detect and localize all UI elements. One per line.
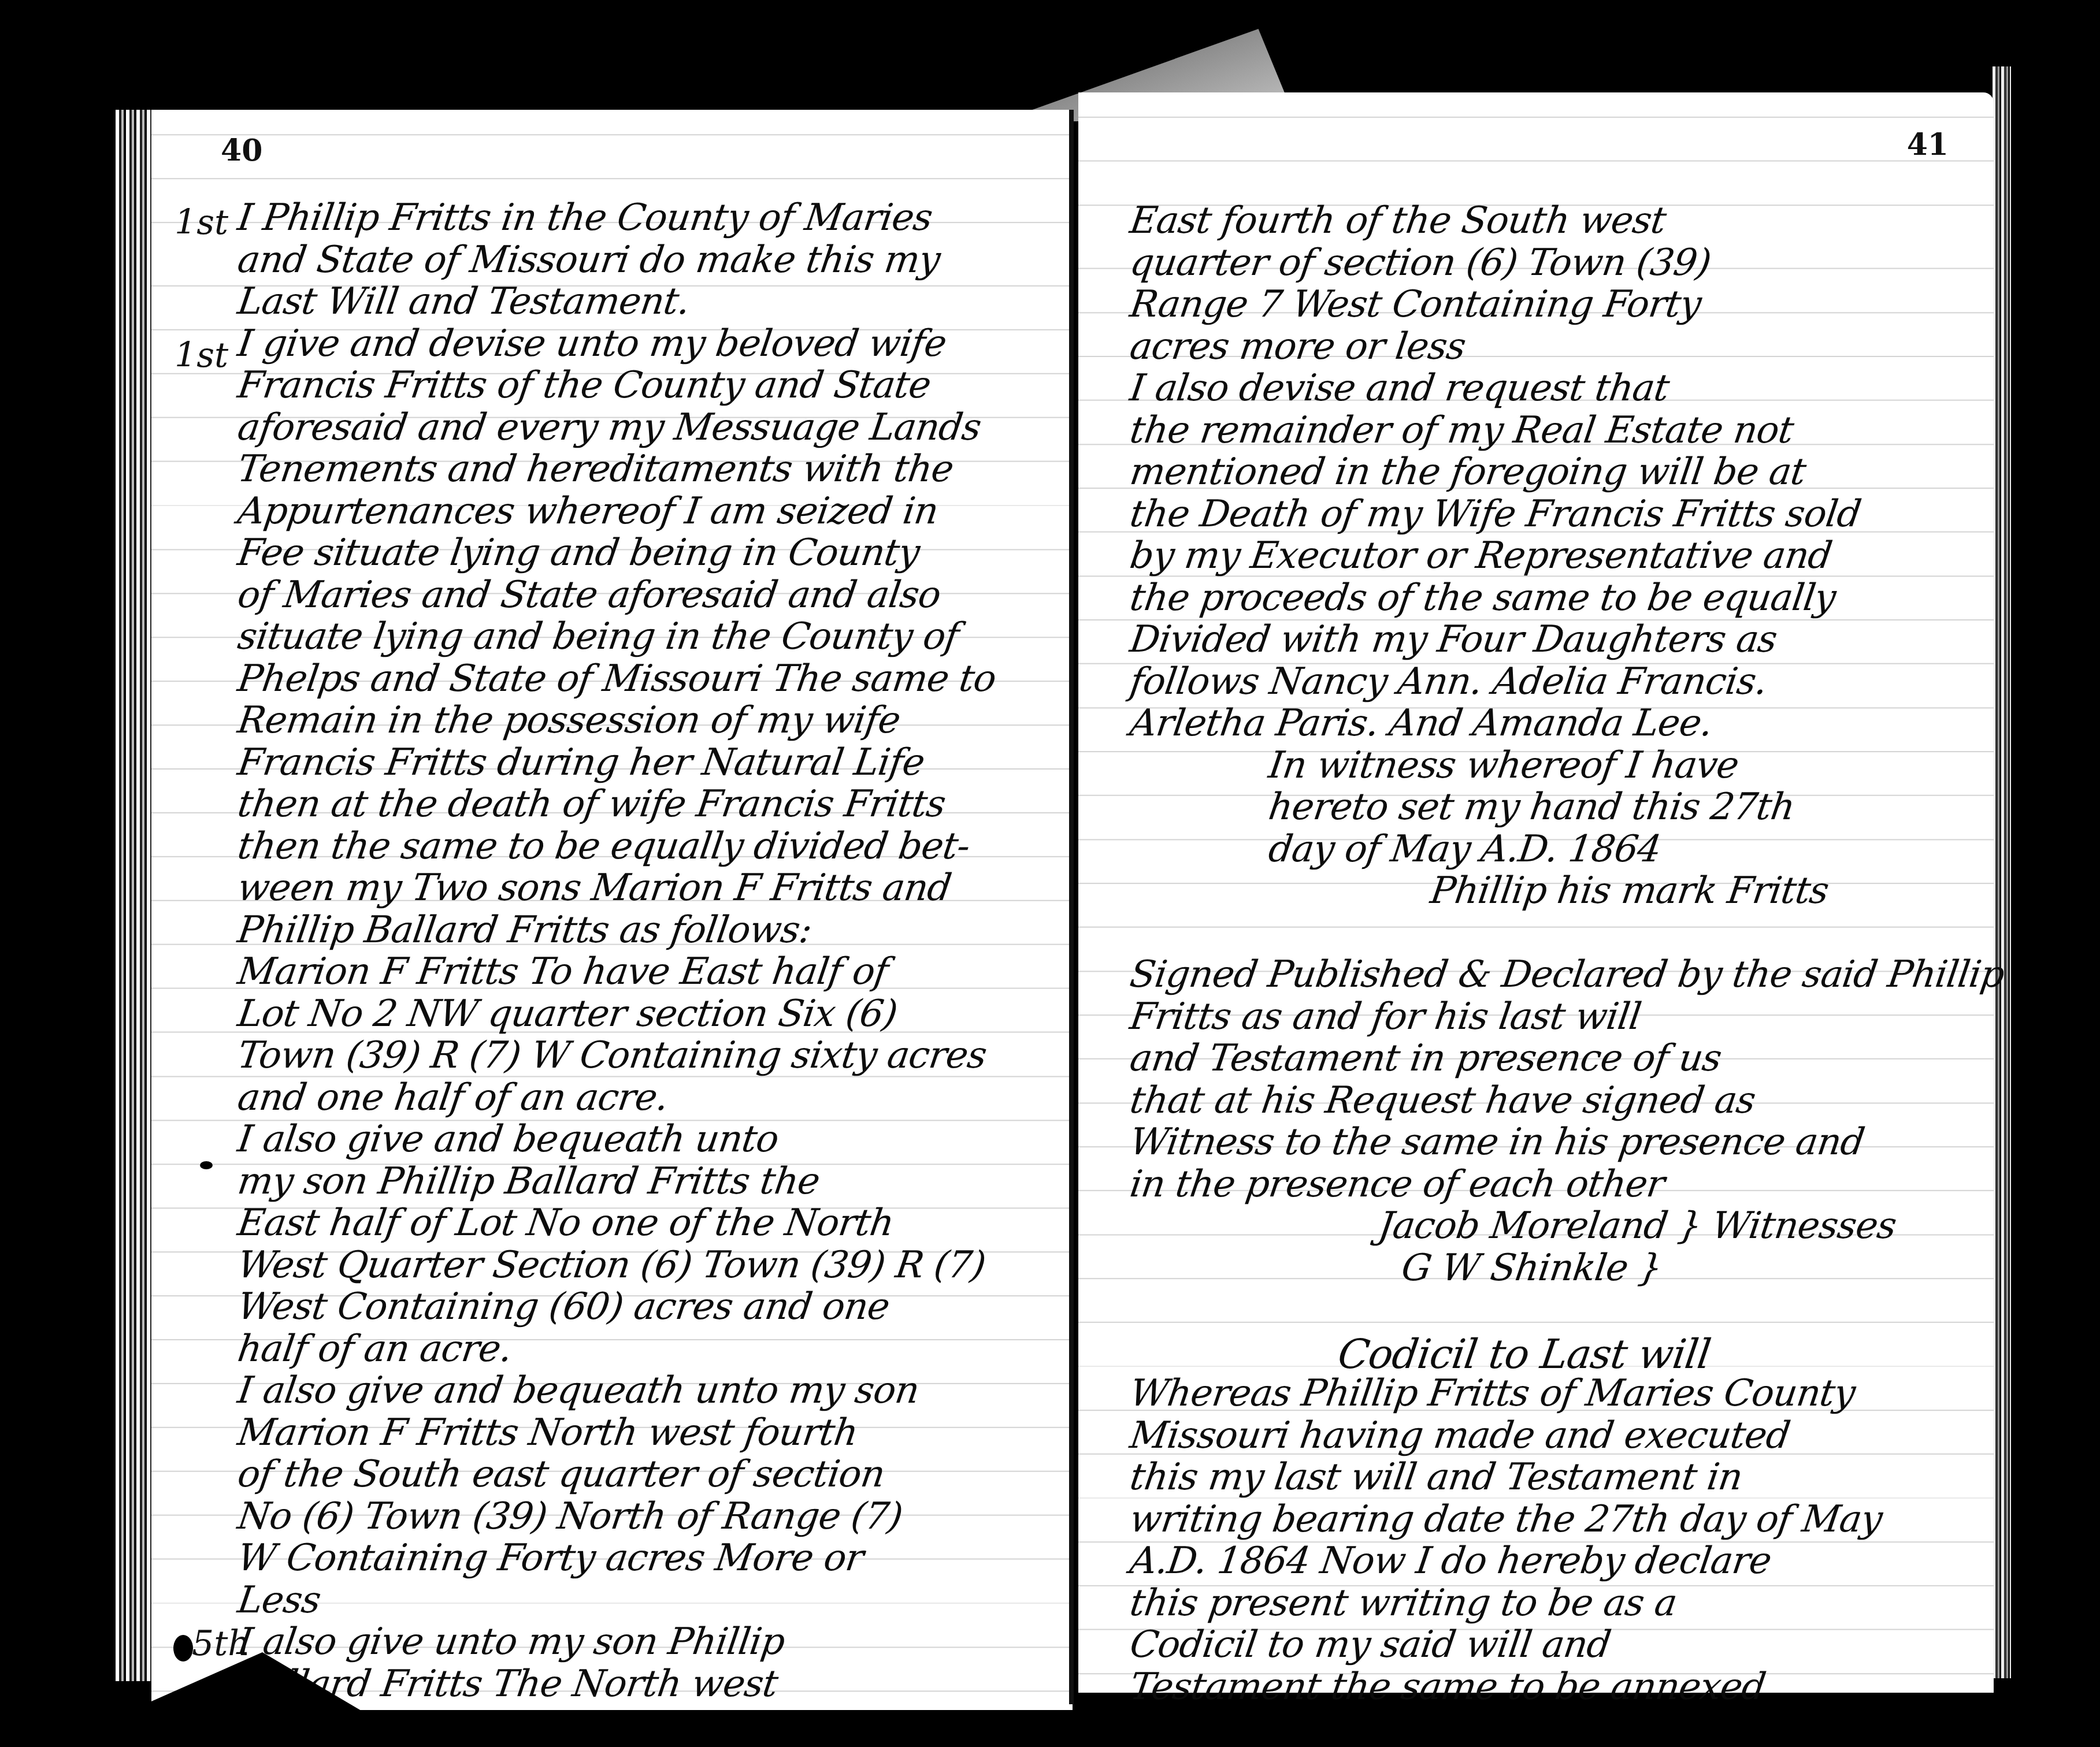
handwritten-line: mentioned in the foregoing will be at: [1127, 451, 1808, 493]
handwritten-line: in the presence of each other: [1127, 1163, 1667, 1206]
handwritten-line: of Maries and State aforesaid and also: [235, 574, 943, 616]
handwritten-line: the remainder of my Real Estate not: [1127, 409, 1796, 452]
handwritten-line: Witness to the same in his presence and: [1127, 1121, 1867, 1164]
handwritten-line: Arletha Paris. And Amanda Lee.: [1127, 702, 1715, 745]
handwritten-line: aforesaid and every my Messuage Lands: [235, 406, 984, 449]
margin-mark: 1st: [175, 202, 228, 243]
handwritten-line: then at the death of wife Francis Fritts: [235, 783, 948, 826]
handwritten-line: No (6) Town (39) North of Range (7): [235, 1495, 905, 1538]
handwritten-line: In witness whereof I have: [1266, 744, 1741, 787]
book-gutter: [1069, 110, 1074, 1704]
handwritten-line: I Phillip Fritts in the County of Maries: [235, 196, 935, 239]
handwritten-line: follows Nancy Ann. Adelia Francis.: [1127, 660, 1769, 703]
handwritten-line: Tenements and hereditaments with the: [235, 448, 956, 490]
handwritten-line: A.D. 1864 Now I do hereby declare: [1127, 1540, 1774, 1582]
handwritten-line: Francis Fritts during her Natural Life: [235, 741, 927, 784]
handwritten-line: Jacob Moreland } Witnesses: [1376, 1205, 1899, 1247]
handwritten-line: Phelps and State of Missouri The same to: [235, 657, 999, 700]
handwritten-line: East half of Lot No one of the North: [235, 1202, 896, 1244]
right-page: 41 East fourth of the South westquarter …: [1078, 92, 1994, 1693]
handwritten-line: Signed Published & Declared by the said …: [1127, 953, 2007, 996]
handwritten-line: Phillip Ballard Fritts as follows:: [235, 909, 814, 951]
ink-blot: [173, 1635, 193, 1661]
page-number-left: 40: [221, 133, 262, 168]
handwritten-line: West Containing (60) acres and one: [235, 1285, 892, 1328]
handwritten-line: by my Executor or Representative and: [1127, 534, 1835, 577]
handwritten-line: I also devise and request that: [1127, 367, 1672, 410]
handwritten-line: Remain in the possession of my wife: [235, 699, 903, 742]
page-stack-right-edge: [1993, 66, 2011, 1678]
handwritten-line: Lot No 2 NW quarter section Six (6): [235, 993, 900, 1035]
handwritten-line: and one half of an acre.: [235, 1076, 671, 1119]
handwritten-line: this my last will and Testament in: [1127, 1456, 1745, 1499]
handwritten-line: and Testament in presence of us: [1127, 1037, 1724, 1080]
handwritten-line: Appurtenances whereof I am seized in: [235, 490, 941, 533]
page-stack-left-edge: [116, 110, 154, 1681]
handwritten-line: I also give and bequeath unto my son: [235, 1369, 922, 1412]
handwritten-line: Fee situate lying and being in County: [235, 531, 922, 574]
left-page: 40 1st 1st 5th I Phillip Fritts in the C…: [151, 110, 1073, 1710]
handwritten-line: and State of Missouri do make this my: [235, 239, 943, 281]
handwritten-line: writing bearing date the 27th day of May: [1127, 1498, 1885, 1541]
handwritten-line: the proceeds of the same to be equally: [1127, 577, 1838, 619]
handwritten-line: East fourth of the South west: [1127, 199, 1668, 242]
handwritten-line: Marion F Fritts North west fourth: [235, 1411, 860, 1454]
handwritten-line: of the South east quarter of section: [235, 1453, 887, 1496]
handwritten-line: Fritts as and for his last will: [1127, 995, 1643, 1038]
handwritten-line: I also give and bequeath unto: [235, 1118, 781, 1161]
handwritten-line: Range 7 West Containing Forty: [1127, 283, 1704, 326]
handwritten-line: Less: [235, 1579, 323, 1622]
handwritten-line: Phillip his mark Fritts: [1428, 869, 1831, 912]
handwritten-line: Missouri having made and executed: [1127, 1414, 1793, 1457]
handwritten-line: Codicil to my said will and: [1127, 1623, 1613, 1666]
page-number-right: 41: [1907, 127, 1949, 162]
handwritten-line: W Containing Forty acres More or: [235, 1537, 866, 1579]
handwritten-line: acres more or less: [1127, 325, 1468, 368]
ink-blot: [200, 1161, 213, 1169]
handwritten-line: I give and devise unto my beloved wife: [235, 322, 949, 365]
handwritten-line: hereto set my hand this 27th: [1266, 786, 1797, 828]
margin-mark: 1st: [175, 335, 228, 376]
handwritten-line: day of May A.D. 1864: [1266, 828, 1664, 871]
handwritten-line: Town (39) R (7) W Containing sixty acres: [235, 1034, 989, 1077]
handwritten-line: this present writing to be as a: [1127, 1582, 1679, 1625]
handwritten-line: situate lying and being in the County of: [235, 615, 961, 658]
handwritten-line: ween my Two sons Marion F Fritts and: [235, 867, 954, 909]
handwritten-line: that at his Request have signed as: [1127, 1079, 1758, 1122]
scanned-ledger: 40 1st 1st 5th I Phillip Fritts in the C…: [0, 0, 2100, 1747]
handwritten-line: Testament the same to be annexed: [1127, 1666, 1768, 1708]
handwritten-line: then the same to be equally divided bet-: [235, 825, 973, 868]
handwritten-line: West Quarter Section (6) Town (39) R (7): [235, 1244, 988, 1287]
handwritten-line: Codicil to Last will: [1335, 1330, 1713, 1378]
handwritten-line: half of an acre.: [235, 1328, 514, 1370]
handwritten-line: G W Shinkle }: [1399, 1247, 1665, 1289]
handwritten-line: the Death of my Wife Francis Fritts sold: [1127, 493, 1864, 536]
handwritten-line: my son Phillip Ballard Fritts the: [235, 1160, 822, 1203]
handwritten-line: quarter of section (6) Town (39): [1127, 241, 1713, 284]
handwritten-line: Whereas Phillip Fritts of Maries County: [1127, 1372, 1858, 1415]
handwritten-line: Last Will and Testament.: [235, 280, 692, 323]
handwritten-line: Divided with my Four Daughters as: [1127, 618, 1780, 661]
handwritten-line: I also give unto my son Phillip: [235, 1620, 787, 1663]
handwritten-line: Marion F Fritts To have East half of: [235, 950, 891, 993]
handwritten-line: Francis Fritts of the County and State: [235, 364, 933, 407]
